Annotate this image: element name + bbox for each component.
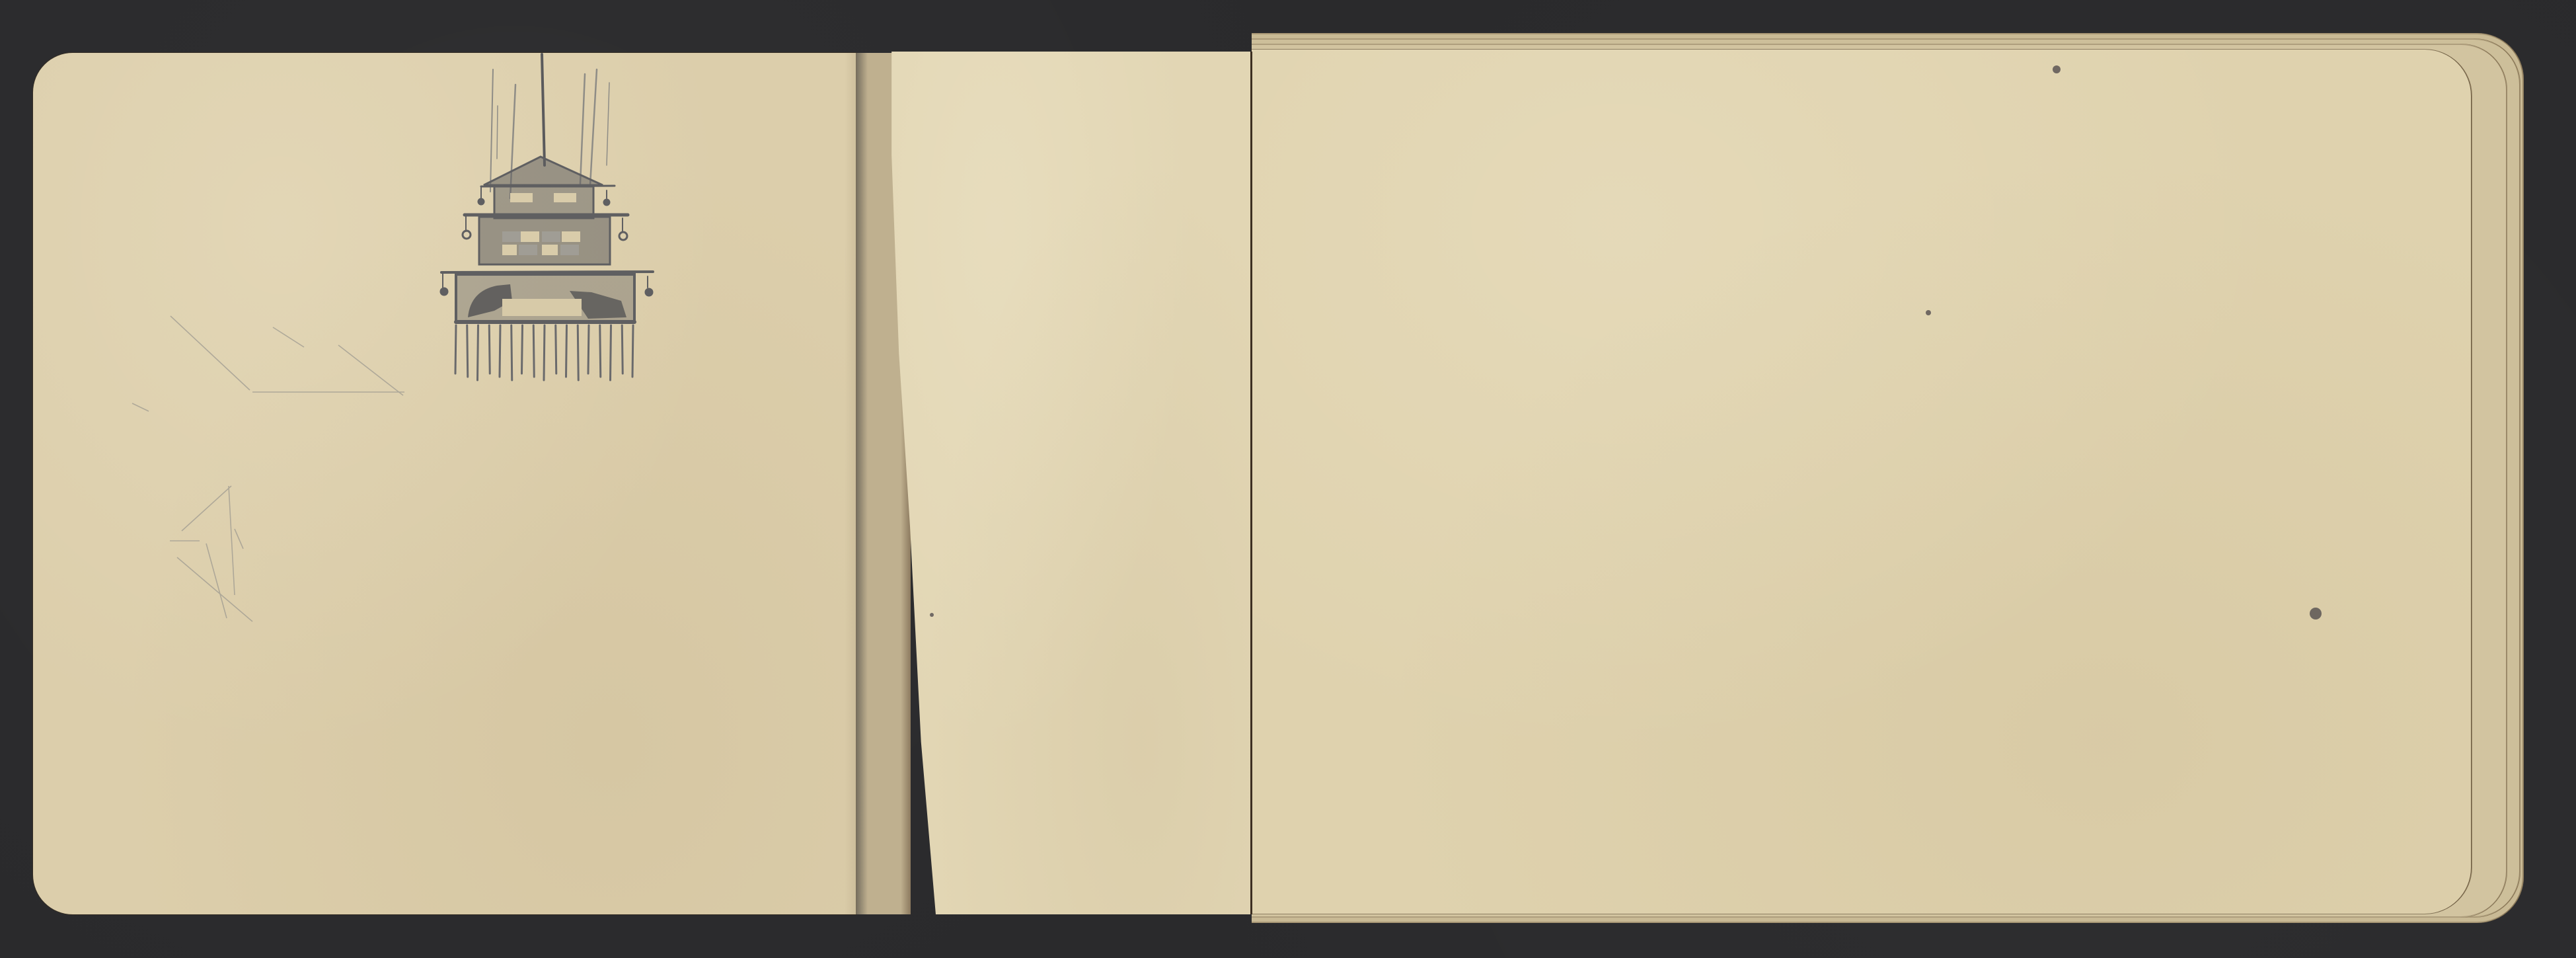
fringe-strand	[467, 325, 468, 377]
fringe-strand	[544, 325, 545, 380]
fringe-strand	[511, 325, 512, 380]
lantern-sketch	[0, 0, 2576, 958]
hanging-string	[607, 83, 609, 165]
hanging-string	[580, 74, 585, 184]
fringe-strand	[533, 325, 534, 377]
faint-pencil-lines	[132, 316, 404, 621]
fringe-strand	[489, 325, 490, 374]
fringe-strand	[556, 325, 556, 374]
lantern-body	[440, 157, 653, 322]
fringe-strand	[522, 325, 523, 374]
hanging-string	[542, 54, 545, 165]
fringe-strand	[578, 325, 578, 380]
lantern-roof	[484, 157, 603, 185]
sketchbook-spread	[0, 0, 2576, 958]
fringe-strand	[500, 325, 500, 377]
fringe-strand	[632, 325, 633, 377]
fringe-strand	[611, 325, 611, 380]
fringe-strand	[600, 325, 601, 377]
fringe-strand	[588, 325, 589, 374]
fringe-strand	[566, 325, 567, 377]
fringe-strand	[478, 325, 478, 380]
fringe-strand	[622, 325, 623, 374]
lantern-fringe	[455, 325, 633, 380]
hanging-string	[497, 106, 498, 159]
hanging-string	[590, 69, 597, 185]
hanging-string	[490, 69, 493, 192]
fringe-strand	[455, 325, 456, 374]
